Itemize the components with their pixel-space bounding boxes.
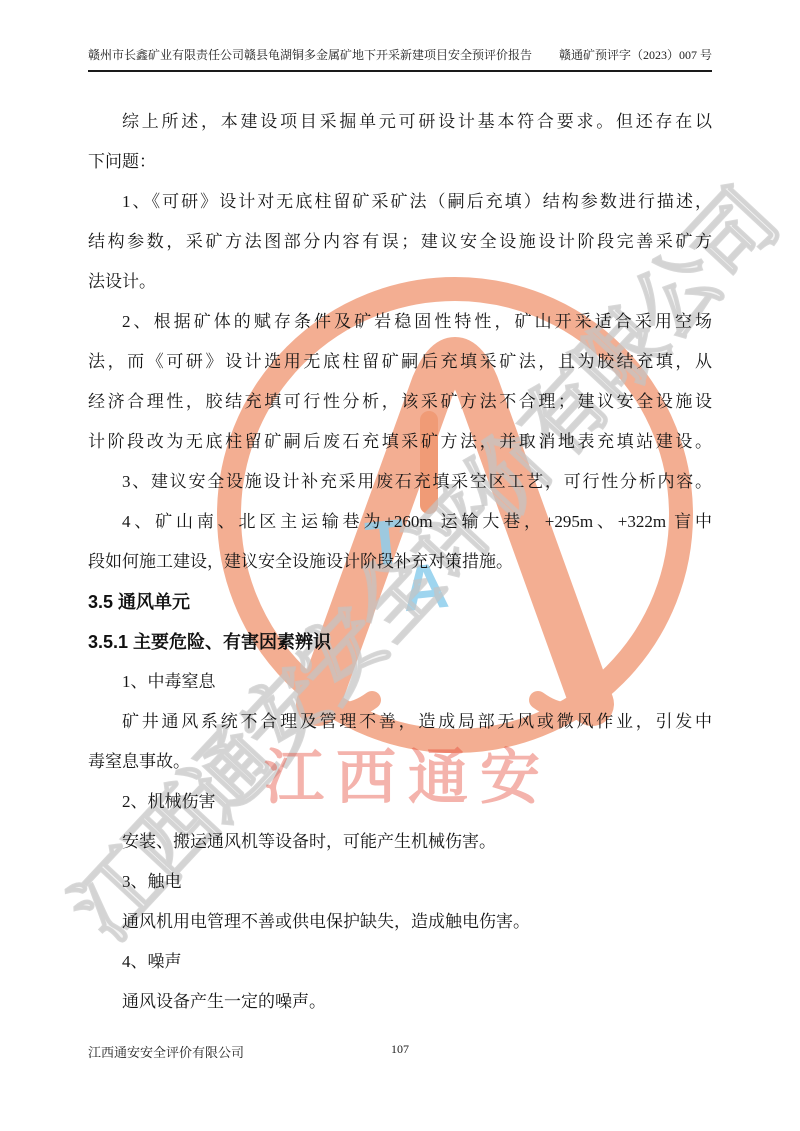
header-report-title: 赣州市长鑫矿业有限责任公司赣县龟湖铜多金属矿地下开采新建项目安全预评价报告 [88,46,532,63]
text-line: 矿井通风系统不合理及管理不善，造成局部无风或微风作业，引发中 [88,702,712,742]
text-line: 2、机械伤害 [88,782,712,822]
page-number: 107 [88,1042,712,1057]
section-heading: 3.5.1 主要危险、有害因素辨识 [88,622,712,662]
text-line: 经济合理性，胶结充填可行性分析，该采矿方法不合理；建议安全设施设 [88,382,712,422]
text-line: 结构参数，采矿方法图部分内容有误；建议安全设施设计阶段完善采矿方 [88,222,712,262]
text-line: 2、根据矿体的赋存条件及矿岩稳固性特性，矿山开采适合采用空场 [88,302,712,342]
text-line: 通风机用电管理不善或供电保护缺失，造成触电伤害。 [88,902,712,942]
header-document-number: 赣通矿预评字（2023）007 号 [559,46,712,63]
text-line: 法设计。 [88,262,712,302]
text-line: 1、《可研》设计对无底柱留矿采矿法（嗣后充填）结构参数进行描述， [88,182,712,222]
page-footer: 江西通安安全评价有限公司 107 [88,1042,712,1062]
section-heading: 3.5 通风单元 [88,582,712,622]
text-line: 综上所述，本建设项目采掘单元可研设计基本符合要求。但还存在以 [88,102,712,142]
text-line: 4、矿山南、北区主运输巷为+260m 运输大巷，+295m、+322m 盲中 [88,502,712,542]
text-line: 3、建议安全设施设计补充采用废石充填采空区工艺，可行性分析内容。 [88,462,712,502]
text-line: 毒窒息事故。 [88,742,712,782]
text-line: 安装、搬运通风机等设备时，可能产生机械伤害。 [88,822,712,862]
text-line: 法，而《可研》设计选用无底柱留矿嗣后充填采矿法，且为胶结充填，从 [88,342,712,382]
text-line: 计阶段改为无底柱留矿嗣后废石充填采矿方法，并取消地表充填站建设。 [88,422,712,462]
page-header: 赣州市长鑫矿业有限责任公司赣县龟湖铜多金属矿地下开采新建项目安全预评价报告 赣通… [88,46,712,72]
text-line: 通风设备产生一定的噪声。 [88,982,712,1022]
text-line: 下问题： [88,142,712,182]
text-line: 1、中毒窒息 [88,662,712,702]
text-line: 段如何施工建设，建议安全设施设计阶段补充对策措施。 [88,542,712,582]
document-page: T A 江西通安安全评价有限公司 江西通安 赣州市长鑫矿业有限责任公司赣县龟湖铜… [0,0,800,1131]
text-line: 3、触电 [88,862,712,902]
text-line: 4、噪声 [88,942,712,982]
document-body: 综上所述，本建设项目采掘单元可研设计基本符合要求。但还存在以下问题：1、《可研》… [88,102,712,1022]
